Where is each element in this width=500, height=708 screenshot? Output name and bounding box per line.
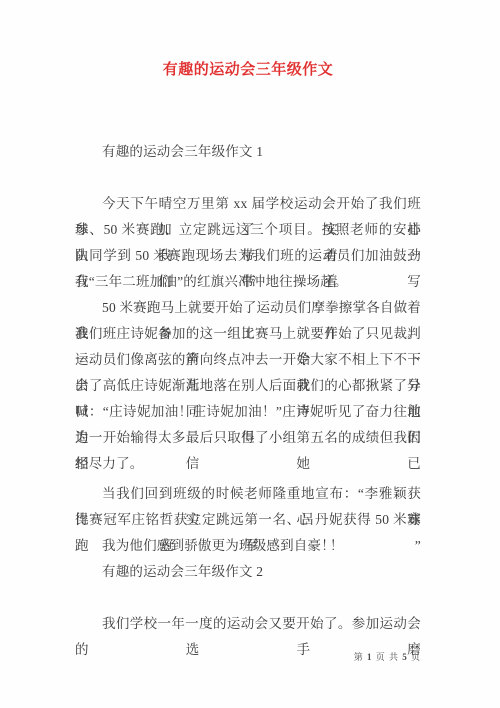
total-page-number: 5 (402, 652, 408, 662)
text-line: 当我们回到班级的时候老师隆重地宣布：“李雅颖获得实心球 (75, 481, 421, 507)
heading-line: 有趣的运动会三年级作文 1 (75, 139, 421, 165)
text-line: 比赛冠军庄铭哲获立定跳远第一名、吕丹妮获得 50 米赛跑冠军！” (75, 507, 421, 533)
page-indicator-label-page: 第 (354, 652, 364, 662)
text-line: 今天下午晴空万里第 xx 届学校运动会开始了我们班参加了实心 (75, 191, 421, 217)
text-line: 喊：“庄诗妮加油！庄诗妮加油！”庄诗妮听见了奋力往前追但因 (75, 399, 421, 425)
text-line: 运动员们像离弦的箭向终点冲去一开始大家不相上下不一会儿就分 (75, 347, 421, 373)
blank-line (75, 585, 421, 611)
page-indicator-label-of: 页 共 (376, 652, 399, 662)
document-page: 有趣的运动会三年级作文 有趣的运动会三年级作文 1 今天下午晴空万里第 xx 届… (0, 0, 500, 708)
essay-title: 有趣的运动会三年级作文 (75, 0, 421, 80)
text-line: 球、50 米赛跑、立定跳远这三个项目。按照老师的安排由我带着一 (75, 217, 421, 243)
text-line: 为一开始输得太多最后只取得了小组第五名的成绩但我们相信她已 (75, 425, 421, 451)
text-line: 队同学到 50 米赛跑现场去为我们班的运动员们加油鼓劲我们带着写 (75, 243, 421, 269)
section-heading: 有趣的运动会三年级作文 1 (75, 139, 421, 165)
page-indicator-label-pages: 页 (411, 652, 421, 662)
paragraph: 50 米赛跑马上就要开始了运动员们摩拳擦掌各自做着准备工作。我们班庄诗妮参加的这… (75, 295, 421, 477)
blank-line (75, 165, 421, 191)
text-line: 50 米赛跑马上就要开始了运动员们摩拳擦掌各自做着准备工作。 (75, 295, 421, 321)
paragraph: 当我们回到班级的时候老师隆重地宣布：“李雅颖获得实心球比赛冠军庄铭哲获立定跳远第… (75, 481, 421, 533)
paragraph: 我们学校一年一度的运动会又要开始了。参加运动会的选手磨 (75, 611, 421, 637)
document-content: 有趣的运动会三年级作文 1 今天下午晴空万里第 xx 届学校运动会开始了我们班参… (75, 139, 421, 637)
text-line: 我们班庄诗妮参加的这一组比赛马上就要开始了只见裁判一声令下 (75, 321, 421, 347)
text-line: 我们学校一年一度的运动会又要开始了。参加运动会的选手磨 (75, 611, 421, 637)
text-line: 出了高低庄诗妮渐渐地落在别人后面我们的心都揪紧了异口同声地 (75, 373, 421, 399)
current-page-number: 1 (367, 652, 373, 662)
paragraph: 今天下午晴空万里第 xx 届学校运动会开始了我们班参加了实心球、50 米赛跑、立… (75, 191, 421, 295)
section-heading: 有趣的运动会三年级作文 2 (75, 559, 421, 585)
heading-line: 有趣的运动会三年级作文 2 (75, 559, 421, 585)
